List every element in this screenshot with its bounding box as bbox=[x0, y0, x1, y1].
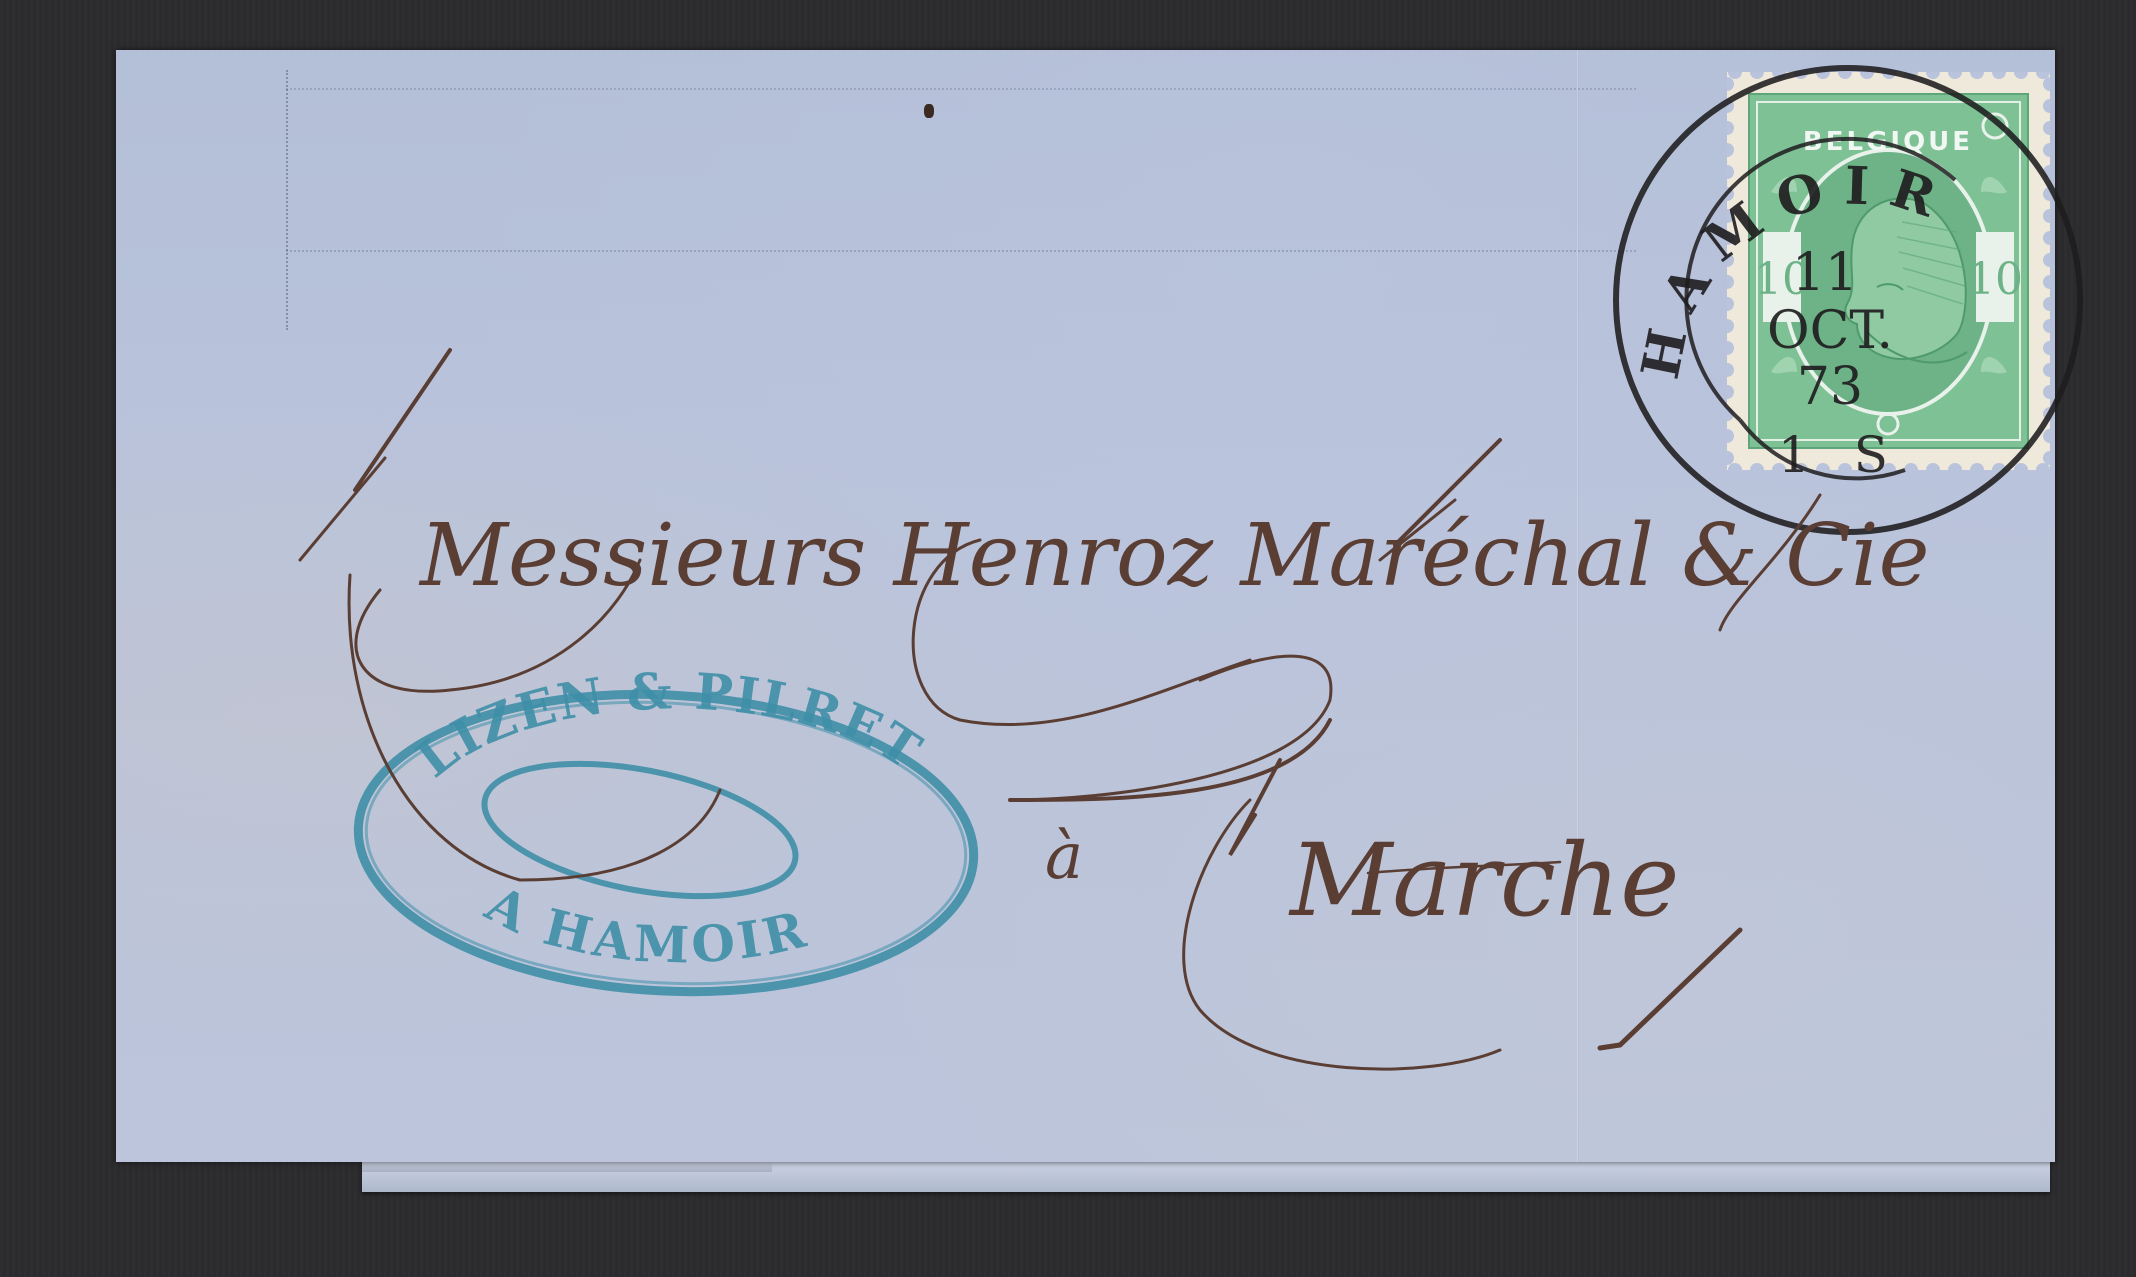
ruled-line bbox=[286, 88, 1636, 90]
stamp-value-right: 10 bbox=[1967, 254, 2023, 305]
stamp-country-text: BELGIQUE bbox=[1803, 127, 1973, 157]
ruled-line bbox=[286, 250, 1636, 252]
postage-stamp: BELGIQUE 10 10 bbox=[1727, 72, 2050, 470]
ink-speck bbox=[924, 104, 934, 118]
perforations-top bbox=[1728, 72, 2050, 79]
ruled-margin bbox=[286, 70, 288, 330]
stamp-value-left: 10 bbox=[1754, 254, 1810, 305]
vertical-fold-crease bbox=[1577, 50, 1579, 1162]
